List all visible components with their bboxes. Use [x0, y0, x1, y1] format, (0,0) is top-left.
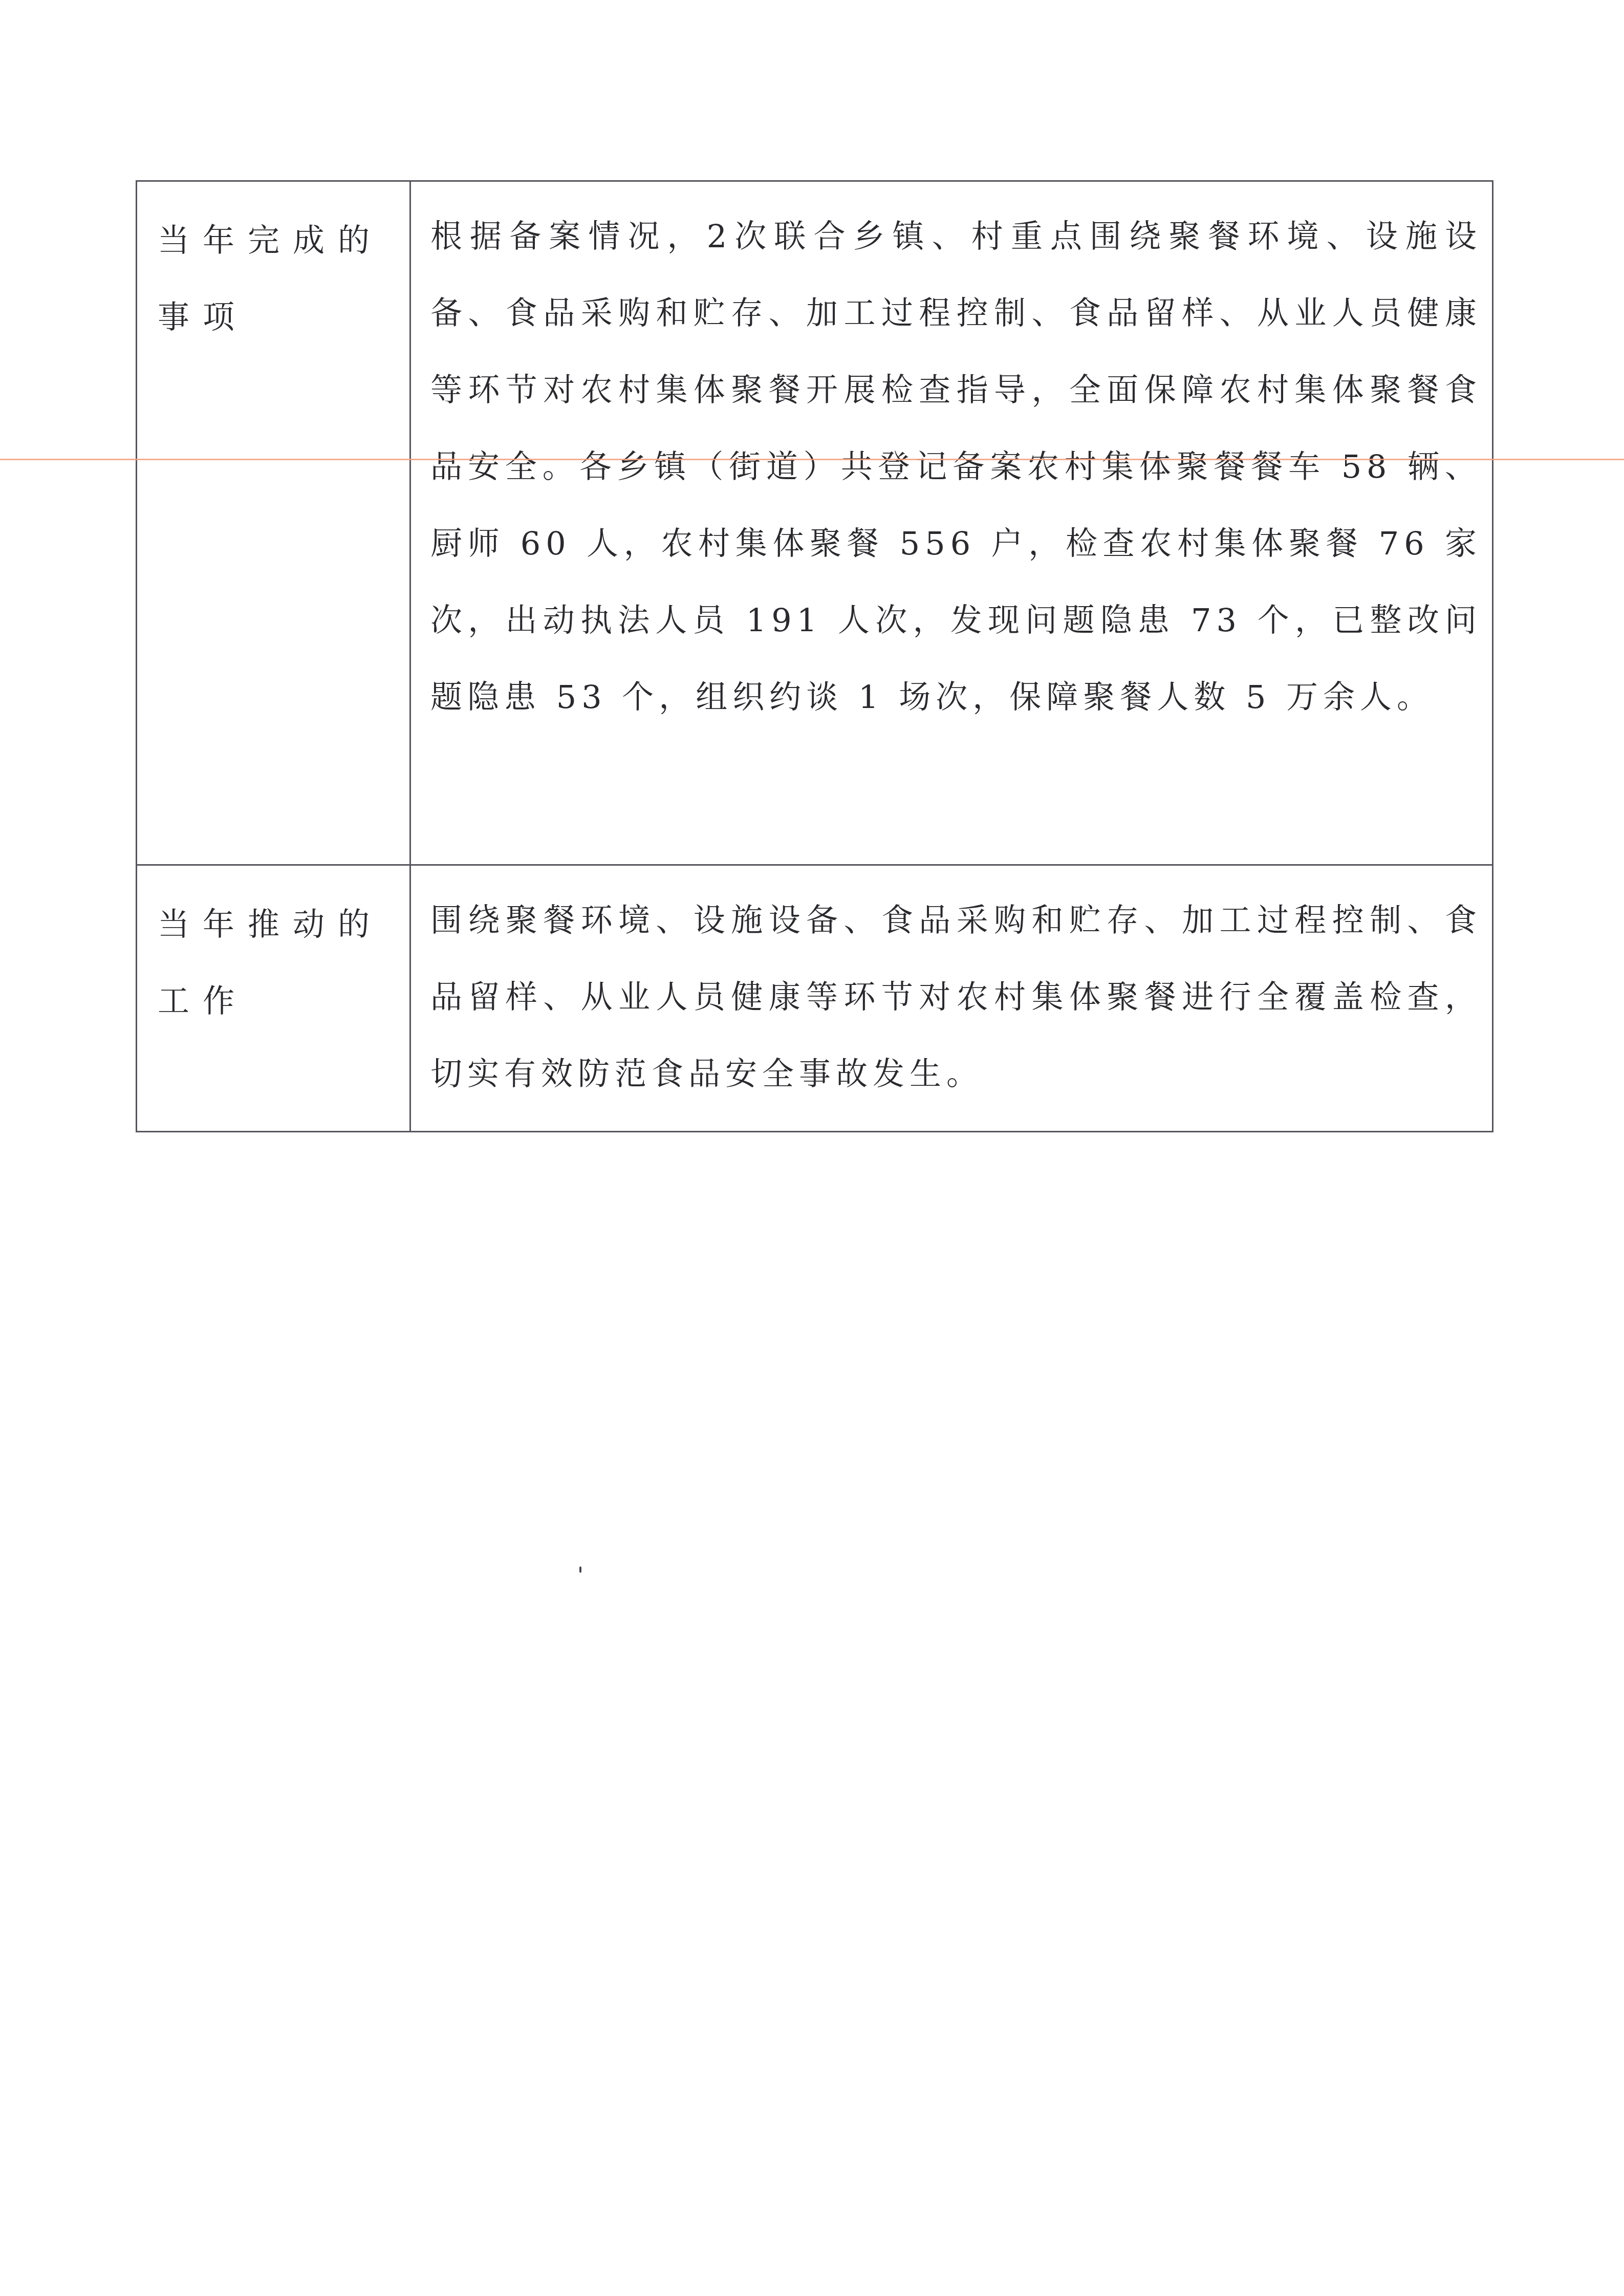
scan-artifact-line: [0, 459, 1624, 460]
content-cell: 根据备案情况，2次联合乡镇、村重点围绕聚餐环境、设施设备、食品采购和贮存、加工过…: [410, 181, 1493, 865]
scan-artifact-speck: [579, 1567, 581, 1573]
work-summary-table: 当年完成的事项 根据备案情况，2次联合乡镇、村重点围绕聚餐环境、设施设备、食品采…: [136, 180, 1493, 1132]
document-page: 当年完成的事项 根据备案情况，2次联合乡镇、村重点围绕聚餐环境、设施设备、食品采…: [0, 0, 1624, 2296]
label-cell: 当年完成的事项: [137, 181, 410, 865]
content-cell: 围绕聚餐环境、设施设备、食品采购和贮存、加工过程控制、食品留样、从业人员健康等环…: [410, 865, 1493, 1132]
row-label-completed-items: 当年完成的事项: [137, 182, 409, 356]
table-row-completed-items: 当年完成的事项 根据备案情况，2次联合乡镇、村重点围绕聚餐环境、设施设备、食品采…: [137, 181, 1493, 865]
table-row-promoted-work: 当年推动的工作 围绕聚餐环境、设施设备、食品采购和贮存、加工过程控制、食品留样、…: [137, 865, 1493, 1132]
label-cell: 当年推动的工作: [137, 865, 410, 1132]
row-content-completed-items: 根据备案情况，2次联合乡镇、村重点围绕聚餐环境、设施设备、食品采购和贮存、加工过…: [411, 182, 1492, 754]
row-content-promoted-work: 围绕聚餐环境、设施设备、食品采购和贮存、加工过程控制、食品留样、从业人员健康等环…: [411, 866, 1492, 1131]
row-label-promoted-work: 当年推动的工作: [137, 866, 409, 1040]
